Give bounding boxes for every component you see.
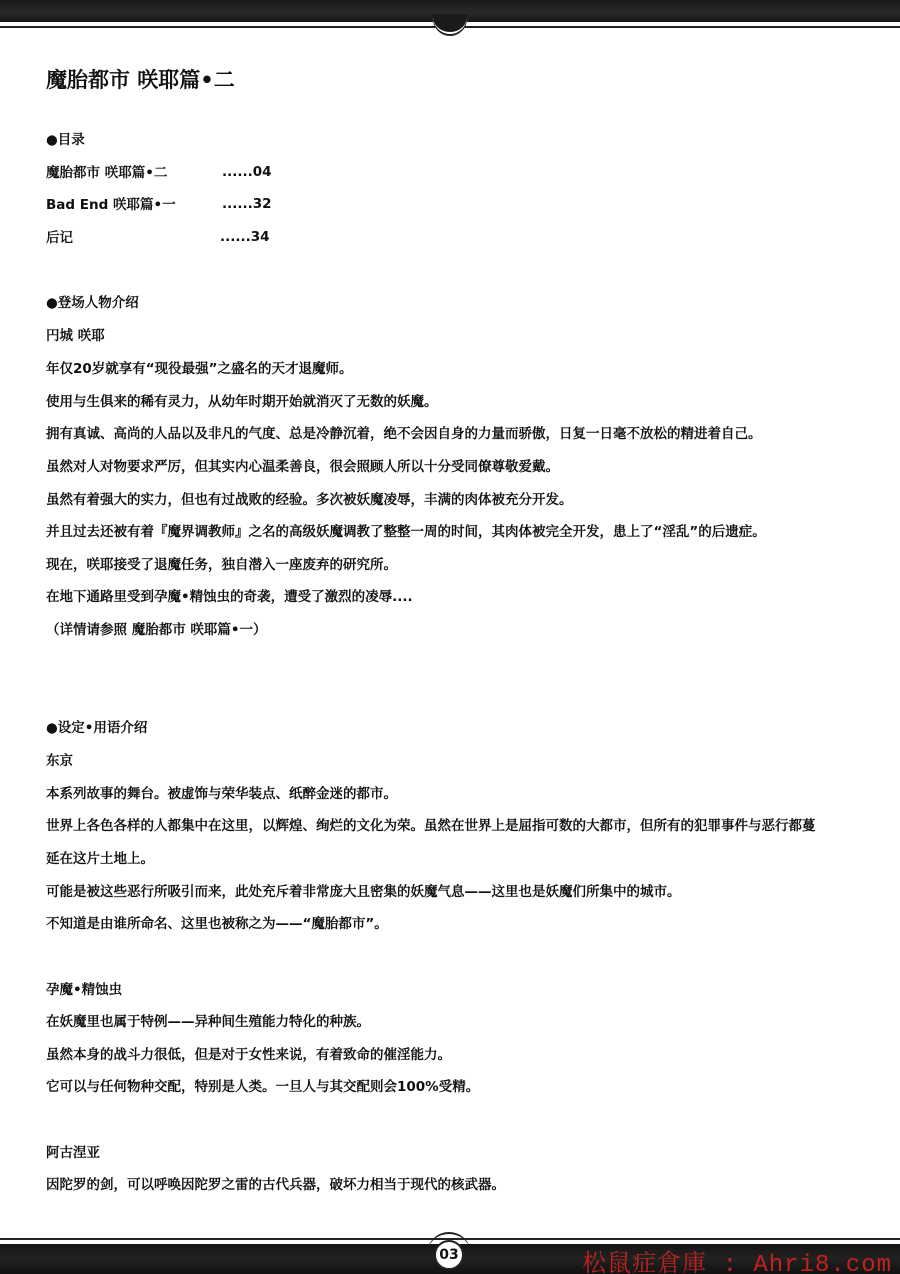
page-title: 魔胎都市 咲耶篇•二 [46,64,235,94]
term-line: 延在这片土地上。 [46,850,154,868]
character-line: （详情请参照 魔胎都市 咲耶篇•一） [46,621,267,639]
toc-entry-label: Bad End 咲耶篇•一 [46,196,176,214]
term-line: 虽然本身的战斗力很低，但是对于女性来说，有着致命的催淫能力。 [46,1046,451,1064]
toc-entry-page: ......32 [222,196,272,212]
toc-heading: ●目录 [46,131,85,149]
term-line: 在妖魔里也属于特例——异种间生殖能力特化的种族。 [46,1013,370,1031]
characters-heading: ●登场人物介绍 [46,294,139,312]
term-line: 本系列故事的舞台。被虚饰与荣华装点、纸醉金迷的都市。 [46,785,397,803]
term-name: 东京 [46,752,73,770]
character-name: 円城 咲耶 [46,327,105,345]
character-line: 使用与生俱来的稀有灵力，从幼年时期开始就消灭了无数的妖魔。 [46,393,438,411]
term-name: 孕魔•精蚀虫 [46,981,122,999]
character-line: 虽然有着强大的实力，但也有过战败的经验。多次被妖魔凌辱，丰满的肉体被充分开发。 [46,491,573,509]
term-line: 它可以与任何物种交配，特别是人类。一旦人与其交配则会100%受精。 [46,1078,479,1096]
term-line: 因陀罗的剑，可以呼唤因陀罗之雷的古代兵器，破坏力相当于现代的核武器。 [46,1176,505,1194]
settings-heading: ●设定•用语介绍 [46,719,147,737]
character-line: 现在，咲耶接受了退魔任务，独自潜入一座废弃的研究所。 [46,556,397,574]
term-name: 阿古涅亚 [46,1144,100,1162]
term-line: 不知道是由谁所命名、这里也被称之为——“魔胎都市”。 [46,915,388,933]
character-line: 并且过去还被有着『魔界调教师』之名的高级妖魔调教了整整一周的时间，其肉体被完全开… [46,523,766,541]
character-line: 虽然对人对物要求严厉，但其实内心温柔善良，很会照顾人所以十分受同僚尊敬爱戴。 [46,458,559,476]
character-line: 在地下通路里受到孕魔•精蚀虫的奇袭，遭受了激烈的凌辱.... [46,588,413,606]
term-line: 可能是被这些恶行所吸引而来，此处充斥着非常庞大且密集的妖魔气息——这里也是妖魔们… [46,883,681,901]
toc-entry-page: ......34 [220,229,270,245]
term-line: 世界上各色各样的人都集中在这里，以辉煌、绚烂的文化为荣。虽然在世界上是屈指可数的… [46,817,816,835]
character-line: 拥有真诚、高尚的人品以及非凡的气度、总是冷静沉着，绝不会因自身的力量而骄傲，日复… [46,425,762,443]
top-notch-ornament [433,14,467,34]
toc-entry-page: ......04 [222,164,272,180]
page-number-badge: 03 [434,1240,464,1270]
character-line: 年仅20岁就享有“现役最强”之盛名的天才退魔师。 [46,360,353,378]
toc-entry-label: 后记 [46,229,73,247]
watermark: 松鼠症倉庫 : Ahri8.com [582,1243,892,1274]
toc-entry-label: 魔胎都市 咲耶篇•二 [46,164,167,182]
